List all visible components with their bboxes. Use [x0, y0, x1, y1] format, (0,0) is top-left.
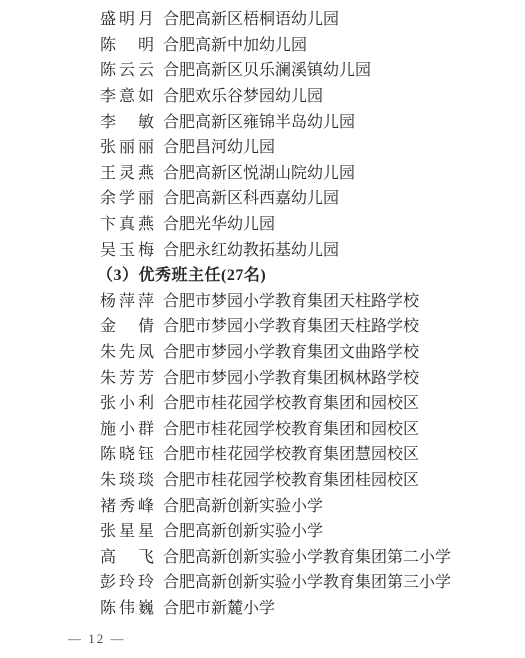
awardee-row: 陈明 合肥高新中加幼儿园	[100, 31, 525, 57]
awardee-name: 金倩	[100, 313, 154, 336]
awardee-row: 张丽丽 合肥昌河幼儿园	[100, 133, 525, 159]
awardee-school: 合肥市梦园小学教育集团天柱路学校	[163, 313, 419, 336]
awardee-name: 杨萍萍	[100, 288, 154, 311]
awardee-school: 合肥高新区雍锦半岛幼儿园	[163, 109, 355, 132]
awardee-school: 合肥高新创新实验小学教育集团第三小学	[163, 569, 451, 592]
awardee-school: 合肥市桂花园学校教育集团和园校区	[163, 416, 419, 439]
awardee-name: 卞真燕	[100, 211, 154, 234]
awardee-name: 张丽丽	[100, 134, 154, 157]
section-heading-excellent-class-teachers: （3）优秀班主任(27名)	[0, 261, 525, 287]
page-number: — 12 —	[68, 631, 126, 647]
awardee-school: 合肥市桂花园学校教育集团和园校区	[163, 390, 419, 413]
awardee-row: 陈云云 合肥高新区贝乐澜溪镇幼儿园	[100, 56, 525, 82]
awardee-name: 李意如	[100, 83, 154, 106]
awardee-row: 朱芳芳 合肥市梦园小学教育集团枫林路学校	[100, 363, 525, 389]
awardee-school: 合肥高新区贝乐澜溪镇幼儿园	[163, 57, 371, 80]
awardee-row: 余学丽 合肥高新区科西嘉幼儿园	[100, 184, 525, 210]
awardee-row: 杨萍萍 合肥市梦园小学教育集团天柱路学校	[100, 287, 525, 313]
awardee-name: 张小利	[100, 390, 154, 413]
awardee-school: 合肥昌河幼儿园	[163, 134, 275, 157]
awardee-name: 陈云云	[100, 57, 154, 80]
awardee-name: 彭玲玲	[100, 569, 154, 592]
awardee-school: 合肥市桂花园学校教育集团桂园校区	[163, 467, 419, 490]
awardee-name: 王灵燕	[100, 160, 154, 183]
awardee-name: 朱先凤	[100, 339, 154, 362]
awardee-school: 合肥高新区梧桐语幼儿园	[163, 6, 339, 29]
awardee-school: 合肥市新麓小学	[163, 595, 275, 618]
awardee-school: 合肥市桂花园学校教育集团慧园校区	[163, 441, 419, 464]
awardee-name: 褚秀峰	[100, 493, 154, 516]
awardee-row: 高飞 合肥高新创新实验小学教育集团第二小学	[100, 542, 525, 568]
awardee-row: 金倩 合肥市梦园小学教育集团天柱路学校	[100, 312, 525, 338]
awardee-row: 王灵燕 合肥高新区悦湖山院幼儿园	[100, 159, 525, 185]
awardee-name: 朱琰琰	[100, 467, 154, 490]
awardee-name: 高飞	[100, 544, 154, 567]
awardee-school: 合肥永红幼教拓基幼儿园	[163, 237, 339, 260]
awardee-name: 张星星	[100, 518, 154, 541]
awardee-school: 合肥欢乐谷梦园幼儿园	[163, 83, 323, 106]
awardee-school: 合肥市梦园小学教育集团文曲路学校	[163, 339, 419, 362]
awardee-name: 余学丽	[100, 185, 154, 208]
awardee-school: 合肥高新区悦湖山院幼儿园	[163, 160, 355, 183]
awardee-name: 施小群	[100, 416, 154, 439]
awardee-name: 李敏	[100, 109, 154, 132]
awardee-school: 合肥高新创新实验小学	[163, 493, 323, 516]
awardee-row: 盛明月 合肥高新区梧桐语幼儿园	[100, 5, 525, 31]
awardee-row: 吴玉梅 合肥永红幼教拓基幼儿园	[100, 235, 525, 261]
awardee-row: 李意如 合肥欢乐谷梦园幼儿园	[100, 82, 525, 108]
awardee-row: 李敏 合肥高新区雍锦半岛幼儿园	[100, 107, 525, 133]
awardee-row: 施小群 合肥市桂花园学校教育集团和园校区	[100, 415, 525, 441]
awardee-name: 陈伟巍	[100, 595, 154, 618]
awardee-school: 合肥市梦园小学教育集团枫林路学校	[163, 365, 419, 388]
awardee-row: 张小利 合肥市桂花园学校教育集团和园校区	[100, 389, 525, 415]
kindergarten-awardee-list: 盛明月 合肥高新区梧桐语幼儿园 陈明 合肥高新中加幼儿园 陈云云 合肥高新区贝乐…	[0, 0, 525, 261]
awardee-row: 卞真燕 合肥光华幼儿园	[100, 210, 525, 236]
awardee-school: 合肥高新区科西嘉幼儿园	[163, 185, 339, 208]
awardee-school: 合肥高新中加幼儿园	[163, 32, 307, 55]
awardee-school: 合肥高新创新实验小学	[163, 518, 323, 541]
awardee-school: 合肥光华幼儿园	[163, 211, 275, 234]
awardee-name: 吴玉梅	[100, 237, 154, 260]
awardee-row: 褚秀峰 合肥高新创新实验小学	[100, 491, 525, 517]
awardee-name: 盛明月	[100, 6, 154, 29]
awardee-row: 陈晓钰 合肥市桂花园学校教育集团慧园校区	[100, 440, 525, 466]
awardee-row: 陈伟巍 合肥市新麓小学	[100, 594, 525, 620]
awardee-row: 朱先凤 合肥市梦园小学教育集团文曲路学校	[100, 338, 525, 364]
awardee-school: 合肥市梦园小学教育集团天柱路学校	[163, 288, 419, 311]
awardee-name: 朱芳芳	[100, 365, 154, 388]
awardee-row: 彭玲玲 合肥高新创新实验小学教育集团第三小学	[100, 568, 525, 594]
document-page: 盛明月 合肥高新区梧桐语幼儿园 陈明 合肥高新中加幼儿园 陈云云 合肥高新区贝乐…	[0, 0, 525, 658]
excellent-class-teacher-list: 杨萍萍 合肥市梦园小学教育集团天柱路学校 金倩 合肥市梦园小学教育集团天柱路学校…	[0, 287, 525, 620]
awardee-row: 张星星 合肥高新创新实验小学	[100, 517, 525, 543]
awardee-school: 合肥高新创新实验小学教育集团第二小学	[163, 544, 451, 567]
awardee-name: 陈明	[100, 32, 154, 55]
awardee-name: 陈晓钰	[100, 441, 154, 464]
awardee-row: 朱琰琰 合肥市桂花园学校教育集团桂园校区	[100, 466, 525, 492]
